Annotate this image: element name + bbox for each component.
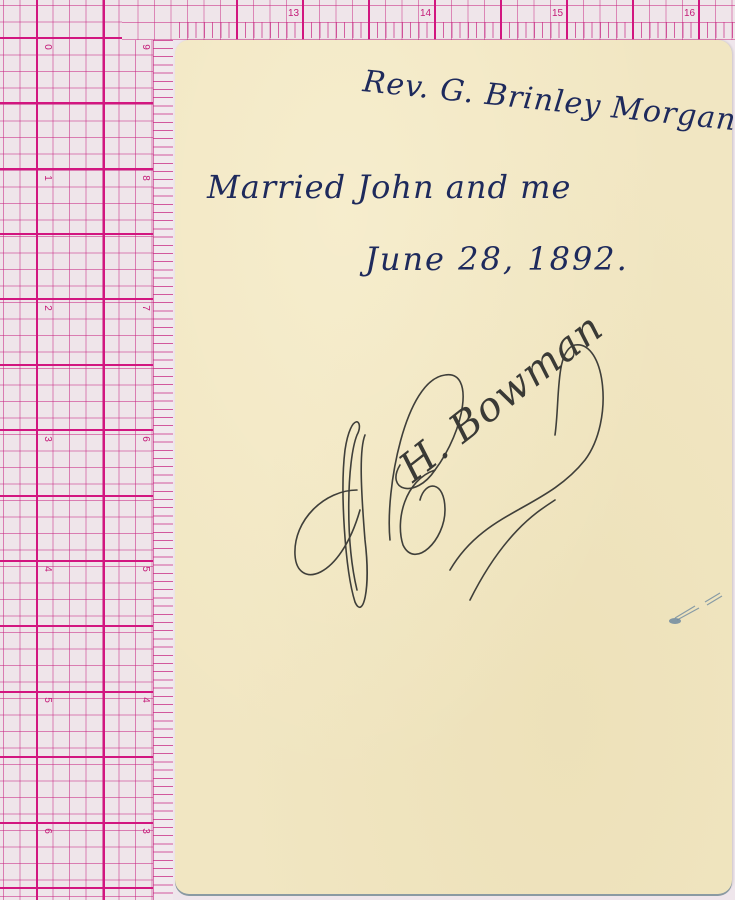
ruler-label: 0 [41,41,53,53]
ruler-label: 9 [139,41,151,53]
ruler-label: 7 [139,302,151,314]
ruler-major-line [0,495,172,497]
ruler-major-line [0,560,172,562]
ruler-line [122,5,735,6]
ruler-tick-strip [172,22,735,38]
handwritten-officiant: Rev. G. Brinley Morgan [361,64,735,138]
ruler-label: 13 [288,8,299,19]
ruler-major-line [0,691,172,693]
ruler-major-line [698,0,700,39]
ruler-label: 3 [139,825,151,837]
ruler-label: 4 [139,694,151,706]
ruler-major-line [0,756,172,758]
ruler-major-line [236,0,238,39]
ruler-major-line [0,822,172,824]
ruler-label: 4 [41,563,53,575]
ruler-label: 2 [41,302,53,314]
ruler-label: 8 [139,172,151,184]
ruler-label: 15 [552,8,563,19]
top-ruler: 13 14 15 16 [122,0,735,40]
flourish-icon [285,340,625,630]
ruler-major-line [0,625,172,627]
ruler-label: 6 [139,433,151,445]
cabinet-card-back: Rev. G. Brinley Morgan Married John and … [175,40,732,894]
ruler-major-line [0,364,172,366]
ruler-tick-strip [153,0,173,900]
ruler-major-line [434,0,436,39]
ruler-label: 6 [41,825,53,837]
ruler-major-line [0,168,172,170]
ruler-major-line [103,0,105,900]
ruler-major-line [0,102,172,104]
ruler-major-line [0,887,172,889]
ruler-major-line [632,0,634,39]
ruler-label: 5 [41,694,53,706]
ruler-label: 3 [41,433,53,445]
ink-smudge-icon [665,588,725,633]
ruler-major-line [500,0,502,39]
ruler-label: 16 [684,8,695,19]
handwritten-date: June 28, 1892. [365,240,629,278]
photographer-imprint: H. Bowman [285,340,625,630]
ruler-major-line [36,0,38,900]
ruler-major-line [0,429,172,431]
ruler-label: 5 [139,563,151,575]
ruler-major-line [0,233,172,235]
ruler-label: 14 [420,8,431,19]
handwritten-note: Married John and me [207,168,571,206]
ruler-major-line [302,0,304,39]
left-ruler: 0 1 2 3 4 5 6 9 8 7 6 5 4 3 [0,0,172,900]
ruler-major-line [566,0,568,39]
ruler-major-line [0,298,172,300]
ruler-label: 1 [41,172,53,184]
ruler-major-line [368,0,370,39]
